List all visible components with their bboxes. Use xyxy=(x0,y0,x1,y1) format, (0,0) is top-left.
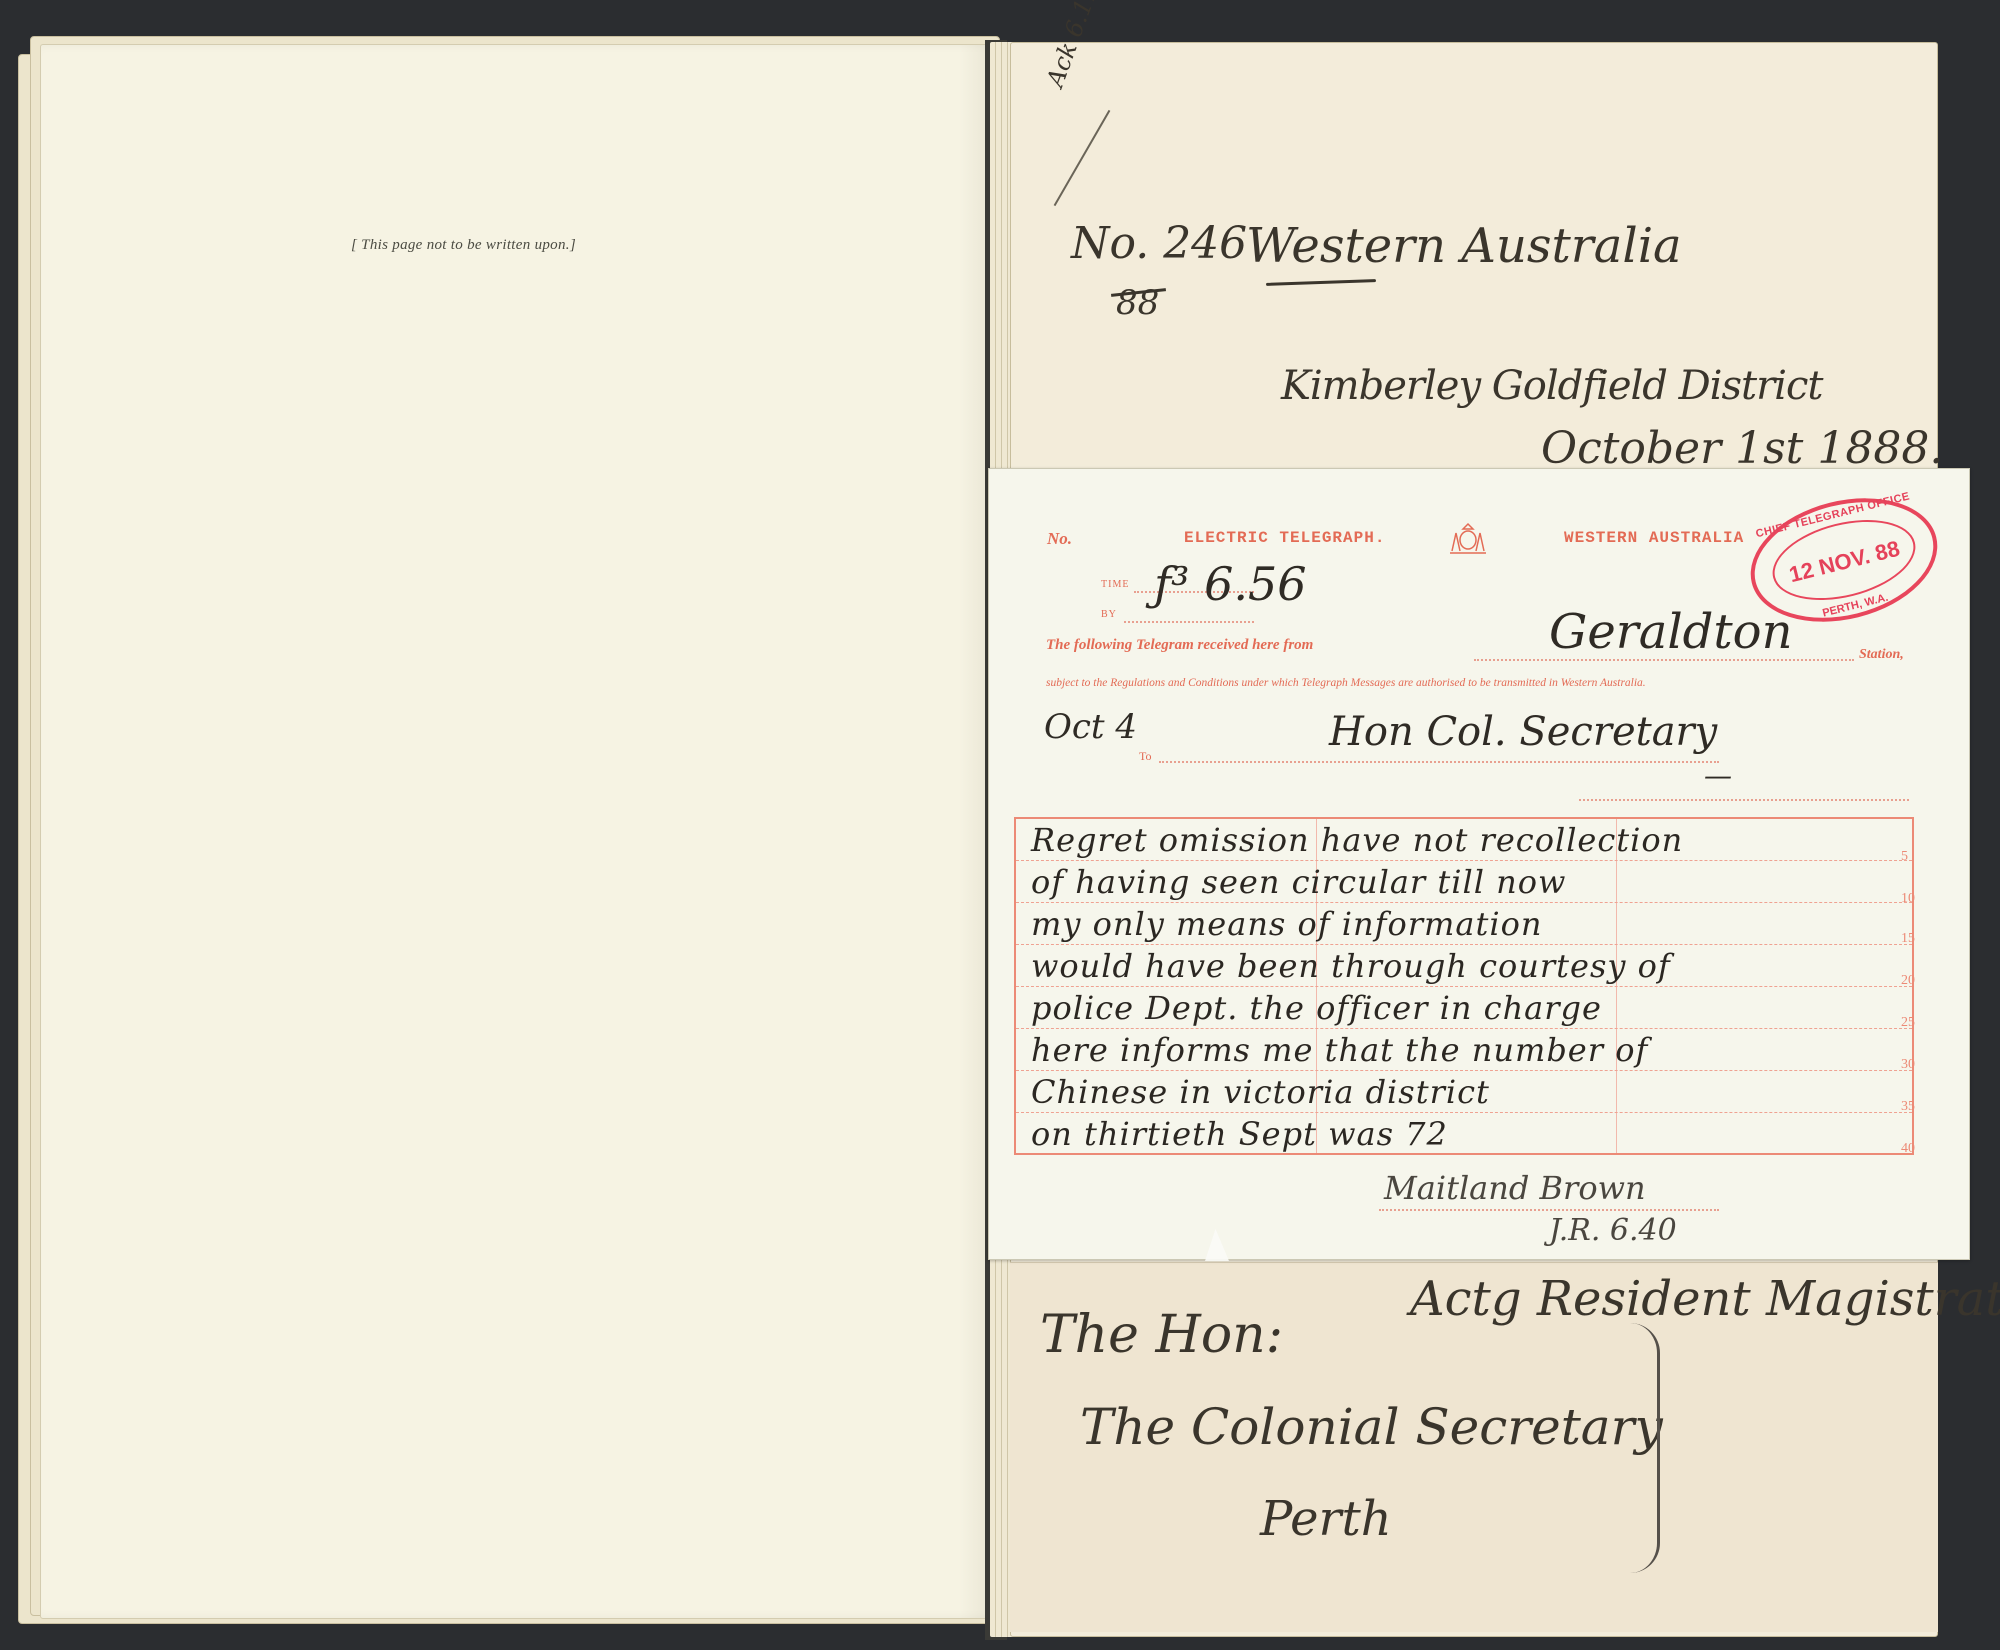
signature-dotted-line xyxy=(1379,1209,1719,1211)
district-line: Kimberley Goldfield District xyxy=(1281,363,1822,409)
address-line-3: Perth xyxy=(1260,1491,1392,1547)
reference-note: Oct 4 xyxy=(1044,707,1137,747)
time-value: ƒ³ 6.56 xyxy=(1154,557,1307,611)
by-dotted-line xyxy=(1124,621,1254,623)
line-number: 40 xyxy=(1901,1141,1915,1157)
station-label: Station, xyxy=(1859,647,1904,663)
to-dotted-line xyxy=(1159,761,1719,763)
to-dotted-line-2 xyxy=(1579,799,1909,801)
line-number: 30 xyxy=(1901,1057,1915,1073)
colony-underline xyxy=(1266,279,1376,286)
address-brace xyxy=(1630,1323,1660,1573)
grid-row-line xyxy=(1016,944,1912,945)
address-line-2: The Colonial Secretary xyxy=(1080,1398,1663,1456)
page-notice: [ This page not to be written upon.] xyxy=(351,237,576,254)
grid-row-line xyxy=(1016,1070,1912,1071)
form-title: ELECTRIC TELEGRAPH. xyxy=(1184,529,1385,547)
message-grid: Regret omission have not recollection of… xyxy=(1014,817,1914,1155)
grid-row-line xyxy=(1016,1112,1912,1113)
form-region: WESTERN AUSTRALIA xyxy=(1564,529,1744,547)
to-mark: — xyxy=(1704,759,1732,792)
reference-year: 88 xyxy=(1116,283,1159,323)
colony-heading: Western Australia xyxy=(1246,218,1682,274)
closing-title: Actg Resident Magistrate xyxy=(1410,1271,2000,1327)
reference-number: No. 246 xyxy=(1071,218,1247,269)
line-number: 20 xyxy=(1901,973,1915,989)
to-value: Hon Col. Secretary xyxy=(1329,709,1717,755)
time-label: TIME xyxy=(1101,579,1129,590)
line-number: 10 xyxy=(1901,891,1915,907)
letter-date: October 1st 1888. xyxy=(1541,423,1943,474)
paper-tear xyxy=(1199,1229,1229,1261)
clerk-initials: J.R. 6.40 xyxy=(1549,1213,1677,1248)
message-line: would have been through courtesy of xyxy=(1031,947,1671,985)
line-number: 35 xyxy=(1901,1099,1915,1115)
telegram-form: No. ELECTRIC TELEGRAPH. WESTERN AUSTRALI… xyxy=(988,468,1970,1260)
message-line: my only means of information xyxy=(1031,905,1542,943)
line-number: 15 xyxy=(1901,931,1915,947)
from-station-value: Geraldton xyxy=(1549,604,1793,660)
by-label: BY xyxy=(1101,609,1117,620)
message-line: on thirtieth Sept was 72 xyxy=(1031,1115,1448,1153)
grid-row-line xyxy=(1016,860,1912,861)
line-number: 5 xyxy=(1901,849,1908,865)
letter-address-section: Actg Resident Magistrate The Hon: The Co… xyxy=(1010,1262,1938,1632)
ack-stroke xyxy=(1054,110,1111,206)
acknowledgement-note: Ack 6.11.88 xyxy=(1041,0,1117,91)
coat-of-arms-icon xyxy=(1447,521,1489,555)
grid-row-line xyxy=(1016,1028,1912,1029)
message-line: police Dept. the officer in charge xyxy=(1031,989,1602,1027)
message-line: Regret omission have not recollection xyxy=(1031,821,1683,859)
grid-row-line xyxy=(1016,902,1912,903)
grid-row-line xyxy=(1016,986,1912,987)
sender-signature: Maitland Brown xyxy=(1384,1169,1646,1207)
message-line: of having seen circular till now xyxy=(1031,863,1566,901)
blank-left-page: [ This page not to be written upon.] xyxy=(40,44,1000,1619)
regulations-line: subject to the Regulations and Condition… xyxy=(1046,677,1646,689)
received-from-label: The following Telegram received here fro… xyxy=(1046,637,1313,654)
message-line: here informs me that the number of xyxy=(1031,1031,1648,1069)
address-line-1: The Hon: xyxy=(1040,1305,1283,1365)
line-number: 25 xyxy=(1901,1015,1915,1031)
left-page-stack: [ This page not to be written upon.] xyxy=(18,14,998,1624)
message-line: Chinese in victoria district xyxy=(1031,1073,1490,1111)
form-number-label: No. xyxy=(1047,529,1072,549)
to-label: To xyxy=(1139,749,1152,764)
